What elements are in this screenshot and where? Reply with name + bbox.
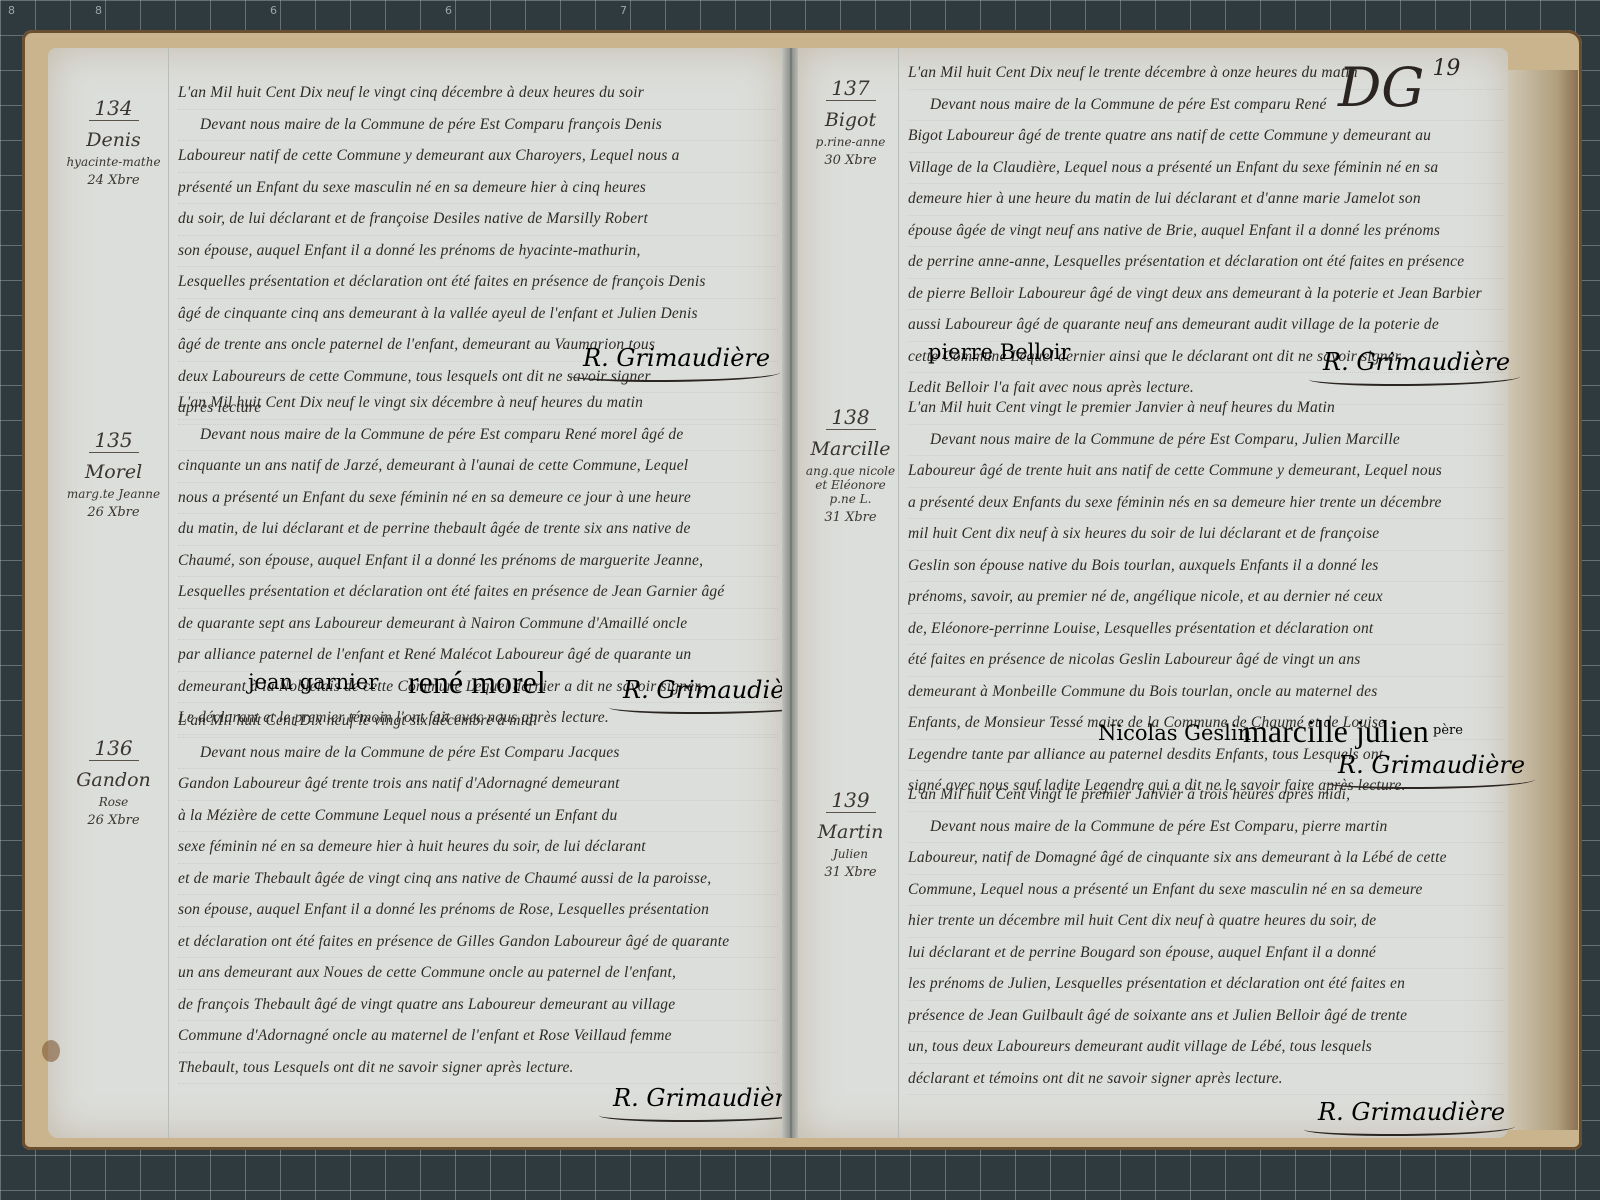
witness-signature: jean garnier: [248, 670, 378, 694]
text-line: demeurant à Monbeille Commune du Bois to…: [908, 677, 1503, 709]
text-line: L'an Mil huit Cent Dix neuf le vingt six…: [178, 706, 778, 738]
mayor-signature: R. Grimaudière: [1323, 348, 1510, 376]
text-line: et de marie Thebault âgée de vingt cinq …: [178, 864, 778, 896]
entry-given-name: hyacinte-mathe: [66, 155, 161, 169]
text-line: Village de la Claudière, Lequel nous a p…: [908, 153, 1503, 185]
text-line: de quarante sept ans Laboureur demeurant…: [178, 609, 778, 641]
entry-given-name: p.rine-anne: [803, 135, 898, 149]
entry-date: 26 Xbre: [66, 813, 161, 828]
entry-given-name: Julien: [803, 847, 898, 861]
ruler-number: 6: [445, 4, 452, 17]
text-line: Lesquelles présentation et déclaration o…: [178, 267, 778, 299]
entry-reference: 134 Denis hyacinte-mathe 24 Xbre: [66, 96, 161, 188]
text-line: son épouse, auquel Enfant il a donné les…: [178, 236, 778, 268]
text-line: lui déclarant et de perrine Bougard son …: [908, 938, 1503, 970]
text-line: L'an Mil huit Cent Dix neuf le vingt six…: [178, 388, 778, 420]
entry-surname: Morel: [66, 461, 161, 483]
text-line: aussi Laboureur âgé de quarante neuf ans…: [908, 310, 1503, 342]
text-line: Commune d'Adornagné oncle au maternel de…: [178, 1021, 778, 1053]
text-line: Laboureur natif de cette Commune y demeu…: [178, 141, 778, 173]
text-line: Geslin son épouse native du Bois tourlan…: [908, 551, 1503, 583]
right-page: DG19 137 Bigot p.rine-anne 30 Xbre L'an …: [798, 48, 1508, 1138]
entry-reference: 136 Gandon Rose 26 Xbre: [66, 736, 161, 828]
ruler-number: 8: [95, 4, 102, 17]
entry-number: 134: [89, 96, 139, 121]
text-line: a présenté deux Enfants du sexe féminin …: [908, 488, 1503, 520]
text-line: un ans demeurant aux Noues de cette Comm…: [178, 958, 778, 990]
text-line: Bigot Laboureur âgé de trente quatre ans…: [908, 121, 1503, 153]
text-line: Commune, Lequel nous a présenté un Enfan…: [908, 875, 1503, 907]
text-line: Devant nous maire de la Commune de pére …: [178, 110, 778, 142]
entry-surname: Martin: [803, 821, 898, 843]
entry-number: 136: [89, 736, 139, 761]
text-line: été faites en présence de nicolas Geslin…: [908, 645, 1503, 677]
entry-date: 31 Xbre: [803, 865, 898, 880]
text-line: prénoms, savoir, au premier né de, angél…: [908, 582, 1503, 614]
text-line: demeure hier à une heure du matin de lui…: [908, 184, 1503, 216]
text-line: de, Eléonore-perrinne Louise, Lesquelles…: [908, 614, 1503, 646]
text-line: Devant nous maire de la Commune de pére …: [908, 425, 1503, 457]
mayor-signature: R. Grimaudière: [583, 344, 770, 372]
text-line: Devant nous maire de la Commune de pére …: [908, 812, 1503, 844]
text-line: de perrine anne-anne, Lesquelles présent…: [908, 247, 1503, 279]
text-line: Devant nous maire de la Commune de pére …: [908, 90, 1503, 122]
text-line: hier trente un décembre mil huit Cent di…: [908, 906, 1503, 938]
mayor-signature: R. Grimaudière: [1338, 751, 1525, 779]
entry-number: 135: [89, 428, 139, 453]
text-line: âgé de cinquante cinq ans demeurant à la…: [178, 299, 778, 331]
entry-number: 139: [826, 788, 876, 813]
text-line: Thebault, tous Lesquels ont dit ne savoi…: [178, 1053, 778, 1085]
mayor-signature: R. Grimaudière: [1318, 1098, 1505, 1126]
entry-number: 138: [826, 405, 876, 430]
entry-given-name: Rose: [66, 795, 161, 809]
text-line: Laboureur, natif de Domagné âgé de cinqu…: [908, 843, 1503, 875]
text-line: sexe féminin né en sa demeure hier à hui…: [178, 832, 778, 864]
ink-stain: [42, 1040, 60, 1062]
declarant-signature: rené morel: [408, 664, 546, 701]
text-line: un, tous deux Laboureurs demeurant audit…: [908, 1032, 1503, 1064]
entry-date: 30 Xbre: [803, 153, 898, 168]
entry-reference: 135 Morel marg.te Jeanne 26 Xbre: [66, 428, 161, 520]
text-line: mil huit Cent dix neuf à six heures du s…: [908, 519, 1503, 551]
entry-date: 26 Xbre: [66, 505, 161, 520]
entry-text: L'an Mil huit Cent Dix neuf le vingt six…: [178, 706, 778, 1084]
ruler-number: 8: [8, 4, 15, 17]
entry-reference: 139 Martin Julien 31 Xbre: [803, 788, 898, 880]
text-line: de pierre Belloir Laboureur âgé de vingt…: [908, 279, 1503, 311]
left-page: 134 Denis hyacinte-mathe 24 Xbre L'an Mi…: [48, 48, 783, 1138]
text-line: épouse âgée de vingt neuf ans native de …: [908, 216, 1503, 248]
entry-given-name: marg.te Jeanne: [66, 487, 161, 501]
text-line: Devant nous maire de la Commune de pére …: [178, 738, 778, 770]
ruler-number: 6: [270, 4, 277, 17]
entry-given-name: ang.que nicole et Eléonore p.ne L.: [803, 464, 898, 506]
signature-note: père: [1433, 723, 1463, 738]
text-line: L'an Mil huit Cent vingt le premier Janv…: [908, 393, 1503, 425]
text-line: son épouse, auquel Enfant il a donné les…: [178, 895, 778, 927]
entry-surname: Bigot: [803, 109, 898, 131]
register-book: 134 Denis hyacinte-mathe 24 Xbre L'an Mi…: [22, 30, 1582, 1150]
text-line: présence de Jean Guilbault âgé de soixan…: [908, 1001, 1503, 1033]
text-line: Lesquelles présentation et déclaration o…: [178, 577, 778, 609]
text-line: L'an Mil huit Cent vingt le premier Janv…: [908, 780, 1503, 812]
text-line: du matin, de lui déclarant et de perrine…: [178, 514, 778, 546]
text-line: L'an Mil huit Cent Dix neuf le vingt cin…: [178, 78, 778, 110]
entry-reference: 137 Bigot p.rine-anne 30 Xbre: [803, 76, 898, 168]
margin-rule: [168, 48, 169, 1138]
text-line: du soir, de lui déclarant et de françois…: [178, 204, 778, 236]
text-line: Laboureur âgé de trente huit ans natif d…: [908, 456, 1503, 488]
text-line: nous a présenté un Enfant du sexe fémini…: [178, 483, 778, 515]
text-line: Chaumé, son épouse, auquel Enfant il a d…: [178, 546, 778, 578]
mayor-signature: R. Grimaudière: [613, 1084, 800, 1112]
entry-date: 31 Xbre: [803, 510, 898, 525]
margin-rule: [898, 48, 899, 1138]
witness-signature: Nicolas Geslin: [1098, 721, 1251, 745]
entry-reference: 138 Marcille ang.que nicole et Eléonore …: [803, 405, 898, 525]
text-line: à la Mézière de cette Commune Lequel nou…: [178, 801, 778, 833]
text-line: L'an Mil huit Cent Dix neuf le trente dé…: [908, 58, 1503, 90]
entry-date: 24 Xbre: [66, 173, 161, 188]
text-line: déclarant et témoins ont dit ne savoir s…: [908, 1064, 1503, 1096]
entry-surname: Marcille: [803, 438, 898, 460]
declarant-signature: marcille julien: [1243, 713, 1429, 750]
text-line: Devant nous maire de la Commune de pére …: [178, 420, 778, 452]
text-line: cinquante un ans natif de Jarzé, demeura…: [178, 451, 778, 483]
text-line: et déclaration ont été faites en présenc…: [178, 927, 778, 959]
entry-number: 137: [826, 76, 876, 101]
witness-signature: pierre Belloir: [928, 340, 1070, 364]
book-edge: [1508, 70, 1578, 1130]
text-line: présenté un Enfant du sexe masculin né e…: [178, 173, 778, 205]
entry-surname: Denis: [66, 129, 161, 151]
entry-text: L'an Mil huit Cent vingt le premier Janv…: [908, 780, 1503, 1095]
text-line: Gandon Laboureur âgé trente trois ans na…: [178, 769, 778, 801]
entry-surname: Gandon: [66, 769, 161, 791]
ruler-number: 7: [620, 4, 627, 17]
text-line: de françois Thebault âgé de vingt quatre…: [178, 990, 778, 1022]
text-line: les prénoms de Julien, Lesquelles présen…: [908, 969, 1503, 1001]
